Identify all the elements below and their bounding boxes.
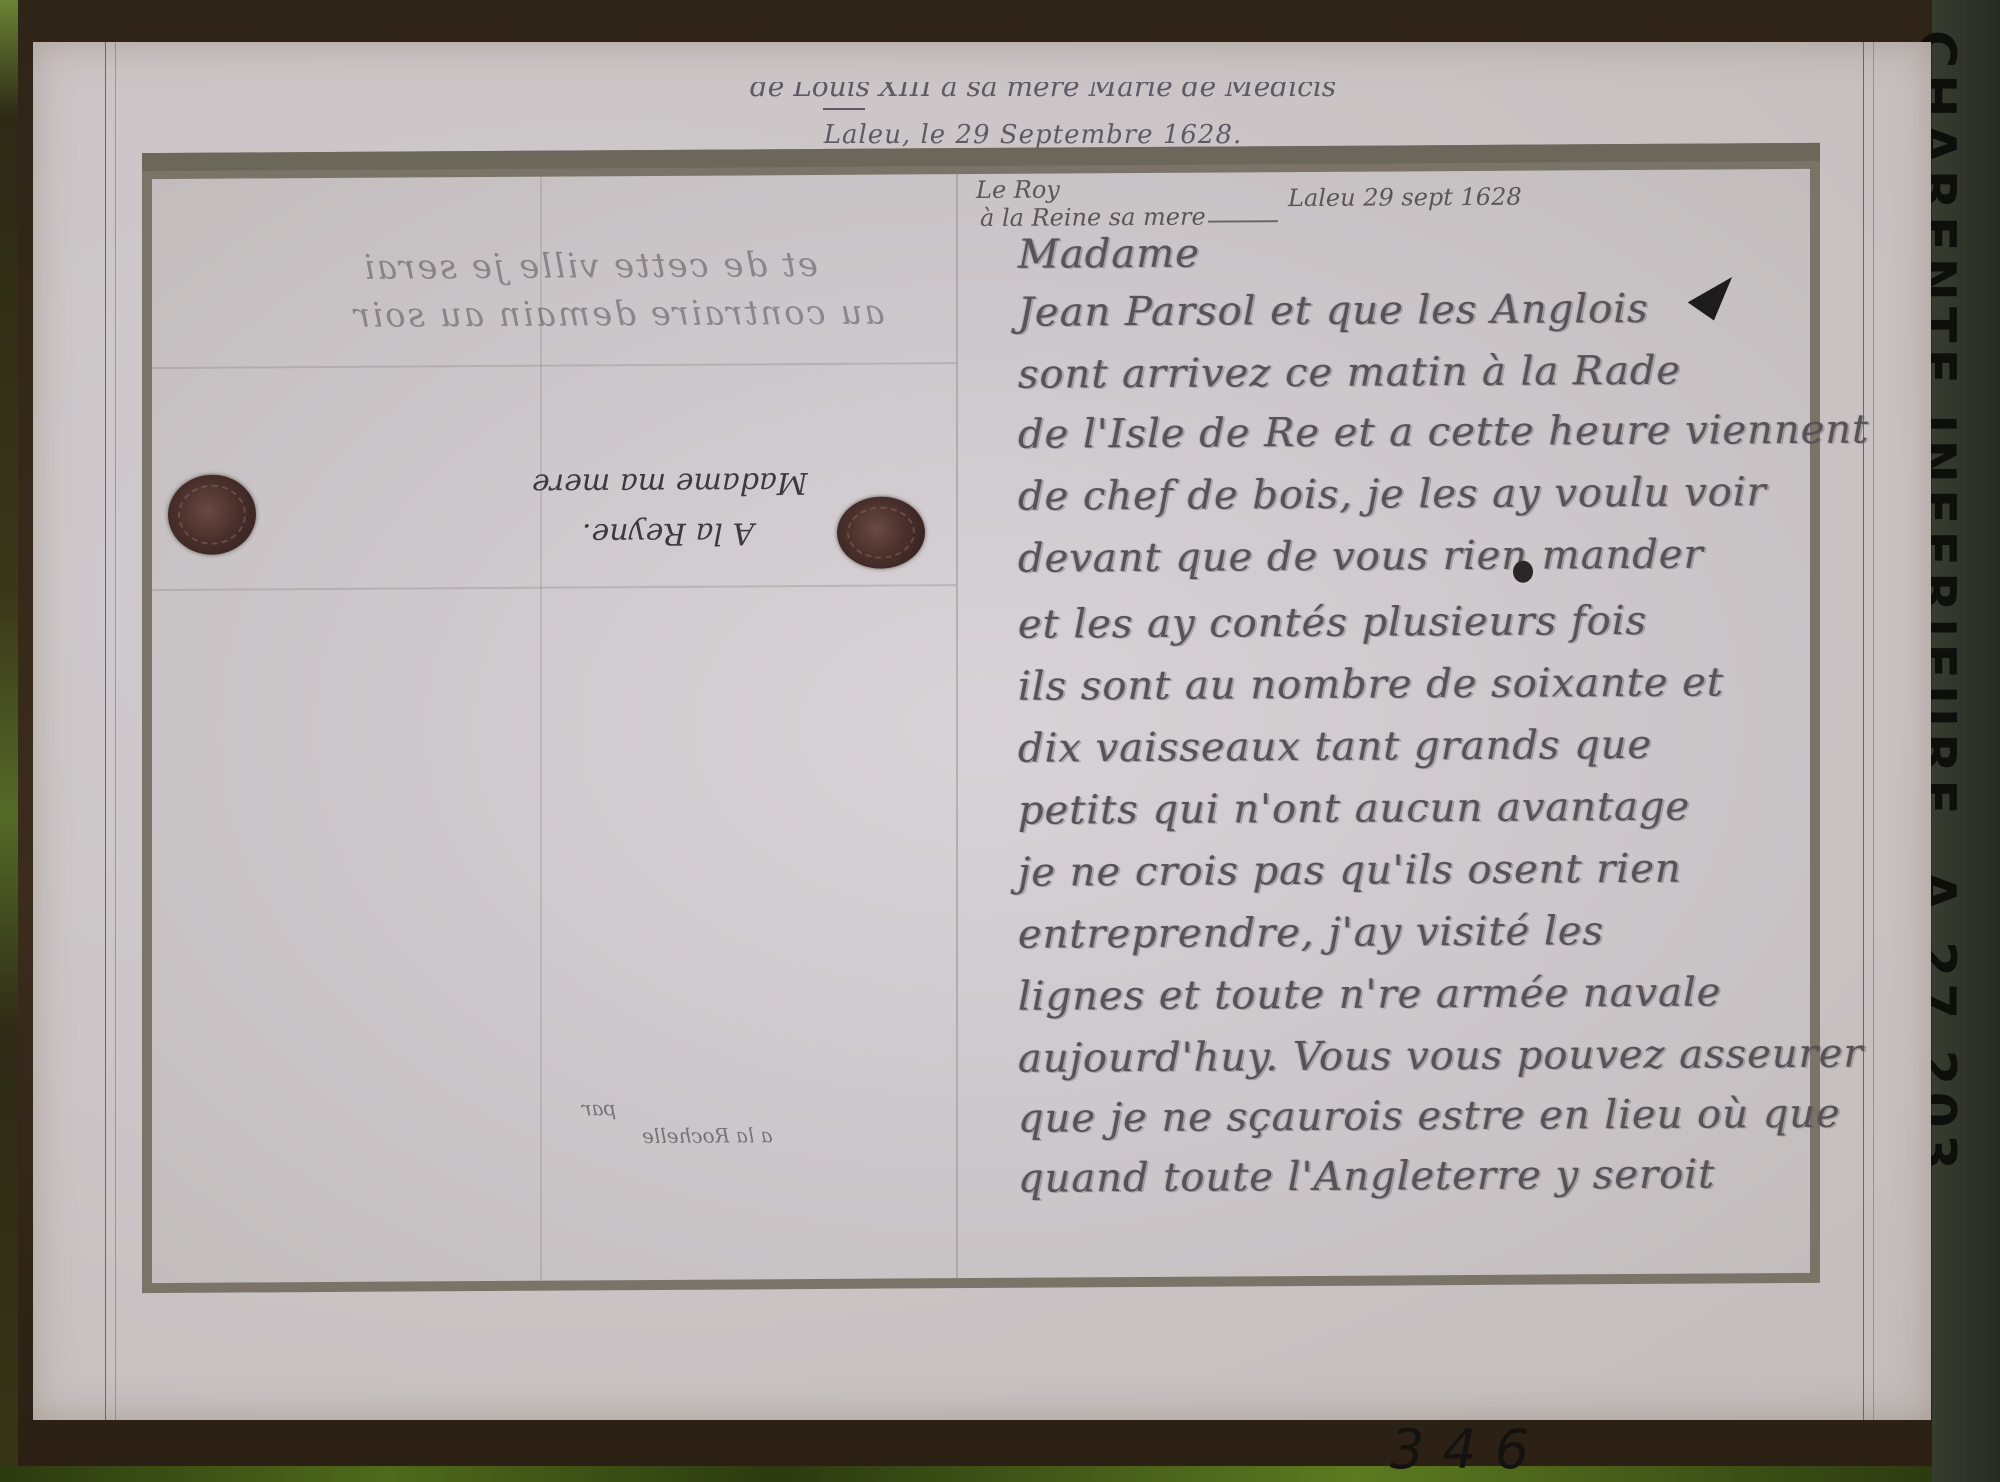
heading-divider	[823, 108, 865, 110]
endorsement-note: par	[582, 1096, 616, 1120]
mount-rule-left	[105, 42, 106, 1420]
address-line-2: Madame ma mere	[532, 465, 808, 502]
plate-edge-bottom	[0, 1466, 1940, 1482]
mount-heading: de Louis XIII à sa mère Marie de Médicis	[693, 70, 1393, 103]
mount-rule-right-inner	[1873, 42, 1874, 1420]
letter-line: Jean Parsol et que les Anglois	[1018, 286, 1649, 336]
letter-line: de chef de bois, je les ay voulu voir	[1018, 469, 1767, 520]
letter-line: entreprendre, j'ay visité les	[1018, 908, 1604, 958]
letter-line: dix vaisseaux tant grands que	[1018, 722, 1652, 772]
plate-edge-left	[0, 0, 18, 1482]
letter-left-panel: et de cette ville je serai au contraire …	[152, 174, 958, 1283]
letter-line: quand toute l'Angleterre y seroit	[1018, 1152, 1715, 1202]
letter-line: sont arrivez ce matin à la Rade	[1018, 348, 1681, 398]
letter-line: que je ne sçaurois estre en lieu où que	[1018, 1091, 1841, 1142]
bleed-through-text: et de cette ville je serai	[362, 245, 818, 288]
docket-dash	[1208, 220, 1278, 222]
letter-line: de l'Isle de Re et a cette heure viennen…	[1018, 407, 1869, 458]
letter-line: je ne crois pas qu'ils osent rien	[1018, 846, 1682, 896]
letter-line: aujourd'huy. Vous vous pouvez asseurer	[1018, 1031, 1864, 1082]
autochrome-plate: CHARENTE INFERIEURE .A 27 203 de Louis X…	[0, 0, 2000, 1482]
fold-line	[152, 584, 956, 591]
docket-place-date: Laleu 29 sept 1628	[1288, 183, 1522, 212]
bleed-through-text: au contraire demain au soir	[352, 293, 885, 336]
letter-line: ils sont au nombre de soixante et	[1018, 659, 1724, 709]
fold-line	[152, 362, 956, 369]
plate-number: 346	[1390, 1418, 1547, 1481]
wax-seal-icon	[168, 474, 256, 555]
mount-rule-left-inner	[115, 42, 116, 1420]
fold-line	[540, 177, 542, 1281]
letter-line: Madame	[1018, 231, 1200, 278]
letter-line: lignes et toute n're armée navale	[1018, 969, 1721, 1019]
letter-right-panel: Le Roy à la Reine sa mere Laleu 29 sept …	[958, 169, 1810, 1278]
endorsement-note: a la Rochelle	[642, 1123, 773, 1148]
letter-line: petits qui n'ont aucun avantage	[1018, 784, 1690, 834]
letter-photo-frame: et de cette ville je serai au contraire …	[142, 143, 1820, 1293]
ink-stain	[1688, 265, 1741, 321]
docket-sender: Le Roy	[976, 176, 1060, 205]
ink-blot	[1513, 561, 1533, 583]
docket-recipient: à la Reine sa mere	[980, 203, 1206, 232]
letter-sheet: et de cette ville je serai au contraire …	[152, 169, 1810, 1283]
seal-ring	[847, 506, 915, 558]
address-line-1: A la Reyne.	[582, 515, 754, 551]
mount-rule-right	[1863, 42, 1864, 1420]
seal-ring	[178, 484, 246, 544]
wax-seal-icon	[837, 496, 925, 569]
letter-line: devant que de vous rien mander	[1018, 532, 1704, 582]
letter-line: et les ay contés plusieurs fois	[1018, 598, 1647, 648]
